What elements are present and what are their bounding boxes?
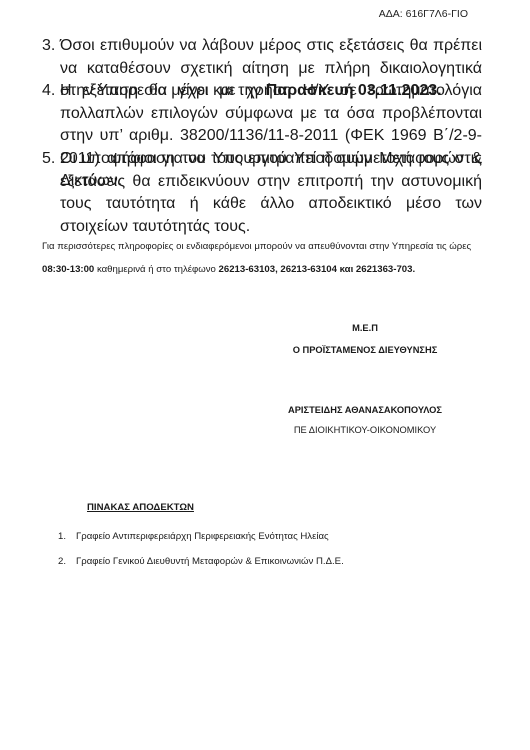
signature-mep: Μ.Ε.Π xyxy=(230,323,500,333)
recipient-item: 2.Γραφείο Γενικού Διευθυντή Μεταφορών & … xyxy=(58,556,344,567)
item-text: Οι υποψήφιοι για να τους επιτραπεί η συμ… xyxy=(60,148,482,238)
signature-role: ΠΕ ΔΙΟΙΚΗΤΙΚΟΥ-ΟΙΚΟΝΟΜΙΚΟΥ xyxy=(230,425,500,435)
ada-code: ΑΔΑ: 616Γ7Λ6-ΓΙΟ xyxy=(379,8,468,20)
office-hours: 08:30-13:00 xyxy=(42,264,94,275)
recipients-title: ΠΙΝΑΚΑΣ ΑΠΟΔΕΚΤΩΝ xyxy=(87,502,194,513)
info-paragraph: Για περισσότερες πληροφορίες οι ενδιαφερ… xyxy=(42,236,492,281)
item-number: 3. xyxy=(42,35,55,58)
signature-title: Ο ΠΡΟΪΣΤΑΜΕΝΟΣ ΔΙΕΥΘΥΝΣΗΣ xyxy=(230,345,500,355)
item-number: 4. xyxy=(42,80,55,103)
item-number: 5. xyxy=(42,148,55,171)
recipient-item: 1.Γραφείο Αντιπεριφερειάρχη Περιφερειακή… xyxy=(58,531,329,542)
signature-name: ΑΡΙΣΤΕΙΔΗΣ ΑΘΑΝΑΣΑΚΟΠΟΥΛΟΣ xyxy=(230,405,500,415)
list-item-5: 5. Οι υποψήφιοι για να τους επιτραπεί η … xyxy=(42,148,482,238)
phone-numbers: 26213-63103, 26213-63104 και 2621363-703… xyxy=(219,264,416,275)
